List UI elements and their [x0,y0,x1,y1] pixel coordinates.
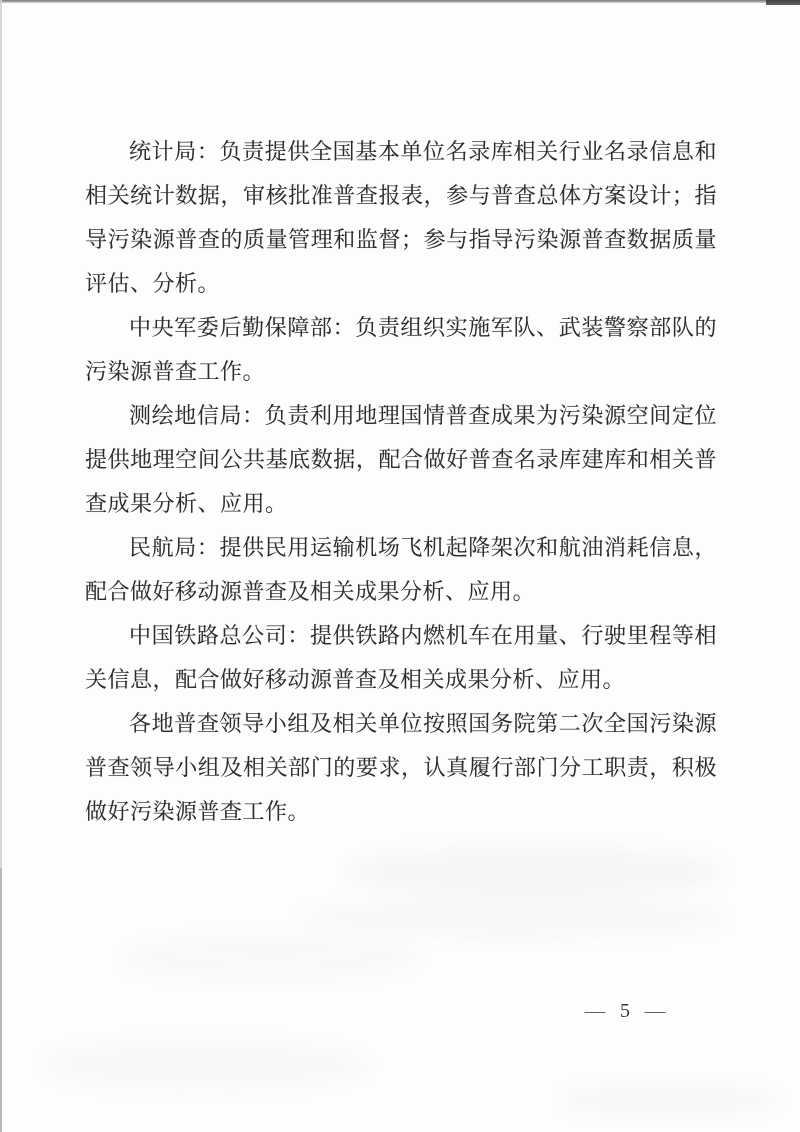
scan-smudge [560,1085,780,1115]
paragraph-local-census-groups: 各地普查领导小组及相关单位按照国务院第二次全国污染源普查领导小组及相关部门的要求… [85,702,717,834]
page-number: — 5 — [586,1000,664,1023]
scan-smudge [40,1040,370,1090]
page-number-value: 5 [620,1000,630,1023]
scan-corner-top-right [766,0,800,5]
paragraph-china-railway: 中国铁路总公司：提供铁路内燃机车在用量、行驶里程等相关信息，配合做好移动源普查及… [85,614,717,702]
page-number-right-dash: — [645,1001,666,1022]
scan-smudge [120,935,420,981]
scan-smudge [345,846,725,898]
paragraph-surveying-mapping: 测绘地信局：负责利用地理国情普查成果为污染源空间定位提供地理空间公共基底数据，配… [85,394,717,526]
document-body-text: 统计局：负责提供全国基本单位名录库相关行业名录信息和相关统计数据，审核批准普查报… [85,130,717,834]
scan-edge-left-lower [0,868,2,1132]
page-number-left-dash: — [585,1001,606,1022]
paragraph-civil-aviation: 民航局：提供民用运输机场飞机起降架次和航油消耗信息，配合做好移动源普查及相关成果… [85,526,717,614]
scan-edge-top [0,0,800,3]
paragraph-statistics-bureau: 统计局：负责提供全国基本单位名录库相关行业名录信息和相关统计数据，审核批准普查报… [85,130,717,306]
paragraph-military-logistics: 中央军委后勤保障部：负责组织实施军队、武装警察部队的污染源普查工作。 [85,306,717,394]
scanned-document-page: 统计局：负责提供全国基本单位名录库相关行业名录信息和相关统计数据，审核批准普查报… [0,0,800,1132]
scan-smudge [300,898,730,938]
